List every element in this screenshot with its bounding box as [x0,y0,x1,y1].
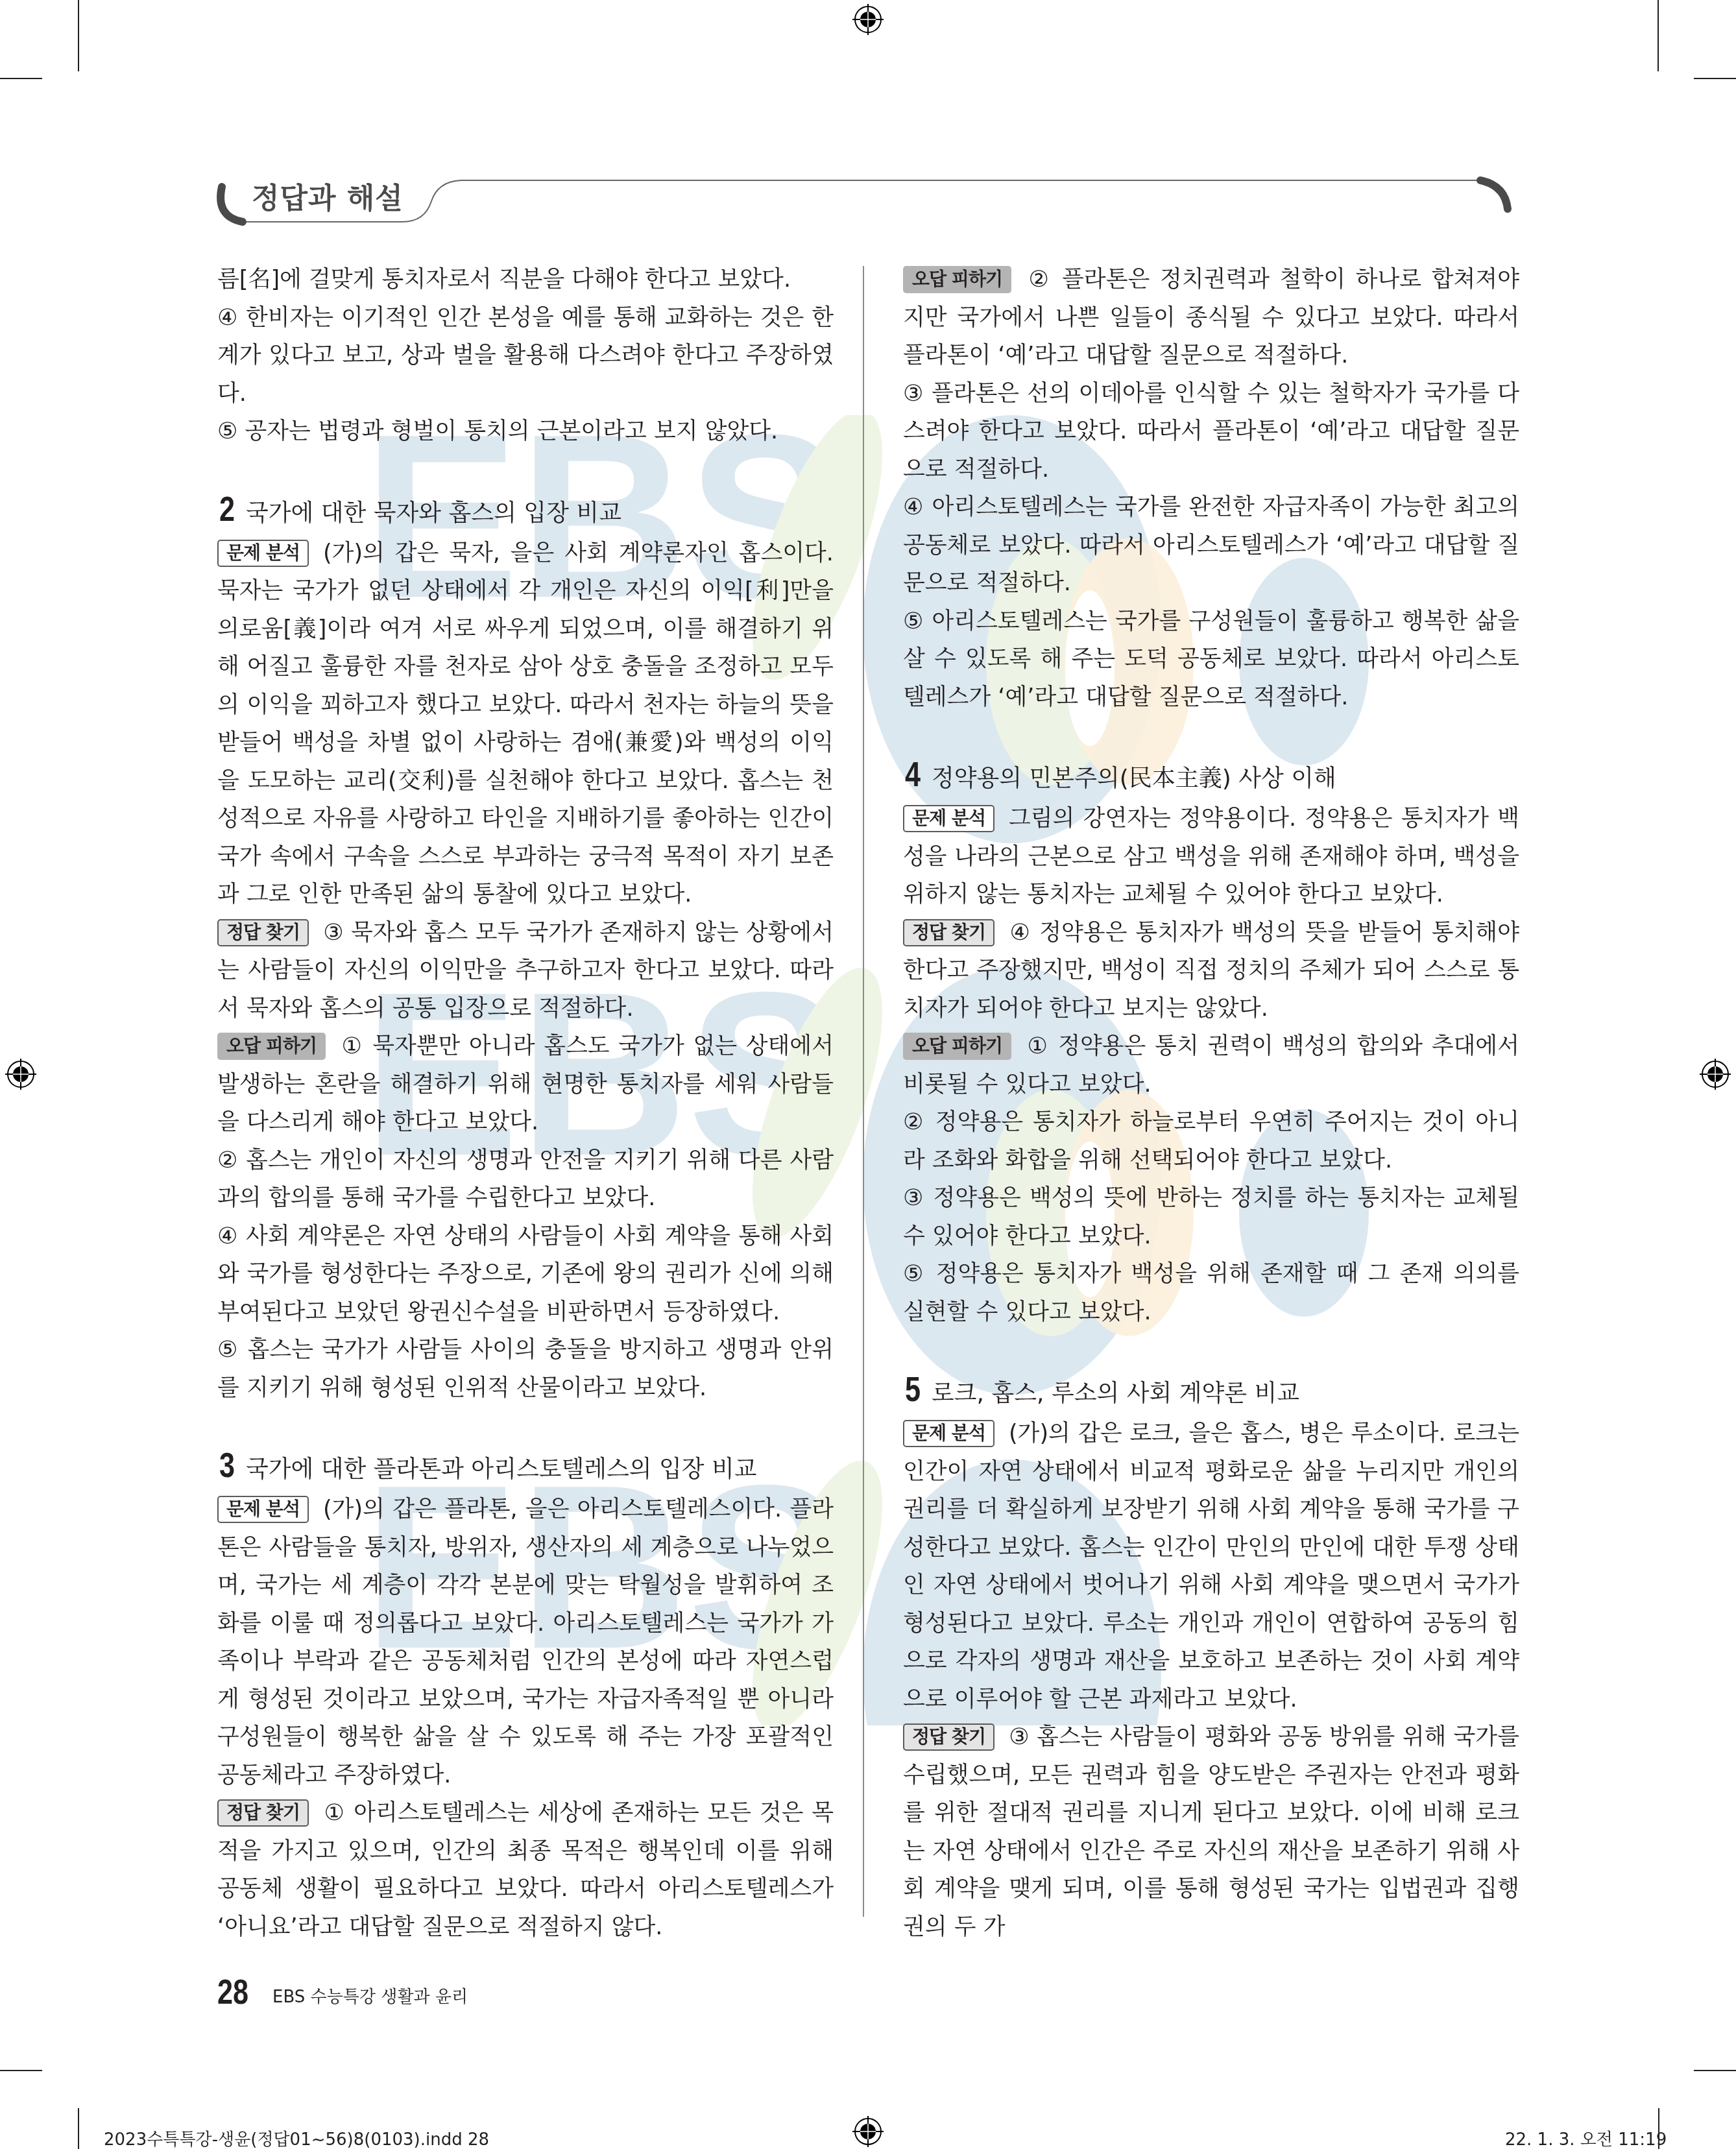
avoid-badge: 오답 피하기 [903,266,1011,293]
section-number: 5 [905,1369,921,1410]
section-heading: 5 로크, 홉스, 루소의 사회 계약론 비교 [903,1369,1519,1415]
registration-mark-icon [852,2116,884,2147]
answer-badge: 정답 찾기 [903,919,995,946]
book-title: EBS 수능특강 생활과 윤리 [272,1984,468,2008]
left-column: 름[名]에 걸맞게 통치자로서 직분을 다해야 한다고 보았다. ④ 한비자는 … [217,261,834,1946]
paragraph: ② 정약용은 통치자가 하늘로부터 우연히 주어지는 것이 아니라 조화와 화합… [903,1103,1519,1179]
analysis-badge: 문제 분석 [217,1496,309,1523]
section-heading: 2 국가에 대한 묵자와 홉스의 입장 비교 [217,488,834,534]
avoid-paragraph: 오답 피하기① 정약용은 통치 권력이 백성의 합의와 추대에서 비롯될 수 있… [903,1027,1519,1103]
analysis-paragraph: 문제 분석(가)의 갑은 묵자, 을은 사회 계약론자인 홉스이다. 묵자는 국… [217,534,834,914]
section-heading: 3 국가에 대한 플라톤과 아리스토텔레스의 입장 비교 [217,1445,834,1491]
page-number: 28 [217,1972,248,2012]
section-title: 국가에 대한 플라톤과 아리스토텔레스의 입장 비교 [246,1449,757,1491]
section-title: 로크, 홉스, 루소의 사회 계약론 비교 [932,1373,1299,1415]
analysis-badge: 문제 분석 [903,805,995,832]
section-title: 정약용의 민본주의(民本主義) 사상 이해 [932,758,1336,800]
slug-timestamp: 22. 1. 3. 오전 11:19 [1505,2126,1667,2149]
section-title: 국가에 대한 묵자와 홉스의 입장 비교 [246,493,621,534]
analysis-paragraph: 문제 분석(가)의 갑은 로크, 을은 홉스, 병은 루소이다. 로크는 인간이… [903,1415,1519,1718]
crop-mark [0,2070,42,2071]
crop-mark [78,0,79,71]
section-number: 4 [905,754,921,795]
paragraph: ⑤ 홉스는 국가가 사람들 사이의 충돌을 방지하고 생명과 안위를 지키기 위… [217,1331,834,1407]
paragraph: ④ 한비자는 이기적인 인간 본성을 예를 통해 교화하는 것은 한계가 있다고… [217,299,834,413]
crop-mark [78,2108,79,2149]
paragraph: ⑤ 공자는 법령과 형벌이 통치의 근본이라고 보지 않았다. [217,413,834,451]
section-number: 3 [219,1445,235,1486]
slug-filename: 2023수특특강-생윤(정답01~56)8(0103).indd 28 [104,2126,489,2149]
section-heading: 4 정약용의 민본주의(民本主義) 사상 이해 [903,754,1519,800]
analysis-badge: 문제 분석 [903,1420,995,1447]
analysis-badge: 문제 분석 [217,540,309,567]
paragraph: ③ 정약용은 백성의 뜻에 반하는 정치를 하는 통치자는 교체될 수 있어야 … [903,1179,1519,1255]
paragraph: ② 홉스는 개인이 자신의 생명과 안전을 지키기 위해 다른 사람과의 합의를… [217,1142,834,1218]
crop-mark [1658,0,1659,71]
answer-paragraph: 정답 찾기④ 정약용은 통치자가 백성의 뜻을 받들어 통치해야 한다고 주장했… [903,914,1519,1028]
crop-mark [0,78,42,79]
header-ornament [208,162,1537,234]
paragraph: ④ 아리스토텔레스는 국가를 완전한 자급자족이 가능한 최고의 공동체로 보았… [903,488,1519,603]
crop-mark [1694,2070,1736,2071]
answer-badge: 정답 찾기 [217,1799,309,1827]
page-header-title: 정답과 해설 [252,175,404,217]
answer-paragraph: 정답 찾기③ 묵자와 홉스 모두 국가가 존재하지 않는 상황에서는 사람들이 … [217,914,834,1028]
avoid-paragraph: 오답 피하기① 묵자뿐만 아니라 홉스도 국가가 없는 상태에서 발생하는 혼란… [217,1027,834,1142]
registration-mark-icon [5,1059,36,1090]
crop-mark [1694,78,1736,79]
paragraph: ⑤ 정약용은 통치자가 백성을 위해 존재할 때 그 존재 의의를 실현할 수 … [903,1255,1519,1331]
analysis-paragraph: 문제 분석(가)의 갑은 플라톤, 을은 아리스토텔레스이다. 플라톤은 사람들… [217,1491,834,1794]
avoid-paragraph: 오답 피하기② 플라톤은 정치권력과 철학이 하나로 합쳐져야지만 국가에서 나… [903,261,1519,375]
registration-mark-icon [852,4,884,35]
avoid-badge: 오답 피하기 [217,1033,326,1060]
paragraph: ⑤ 아리스토텔레스는 국가를 구성원들이 훌륭하고 행복한 삶을 살 수 있도록… [903,603,1519,717]
answer-paragraph: 정답 찾기③ 홉스는 사람들이 평화와 공동 방위를 위해 국가를 수립했으며,… [903,1718,1519,1946]
avoid-badge: 오답 피하기 [903,1033,1011,1060]
analysis-paragraph: 문제 분석그림의 강연자는 정약용이다. 정약용은 통치자가 백성을 나라의 근… [903,800,1519,914]
answer-badge: 정답 찾기 [217,919,309,946]
section-number: 2 [219,488,235,530]
column-divider [863,266,864,1917]
paragraph: 름[名]에 걸맞게 통치자로서 직분을 다해야 한다고 보았다. [217,261,834,299]
answer-badge: 정답 찾기 [903,1723,995,1751]
answer-paragraph: 정답 찾기① 아리스토텔레스는 세상에 존재하는 모든 것은 목적을 가지고 있… [217,1794,834,1946]
registration-mark-icon [1700,1059,1731,1090]
paragraph: ③ 플라톤은 선의 이데아를 인식할 수 있는 철학자가 국가를 다스려야 한다… [903,375,1519,489]
paragraph: ④ 사회 계약론은 자연 상태의 사람들이 사회 계약을 통해 사회와 국가를 … [217,1218,834,1332]
right-column: 오답 피하기② 플라톤은 정치권력과 철학이 하나로 합쳐져야지만 국가에서 나… [903,261,1519,1946]
